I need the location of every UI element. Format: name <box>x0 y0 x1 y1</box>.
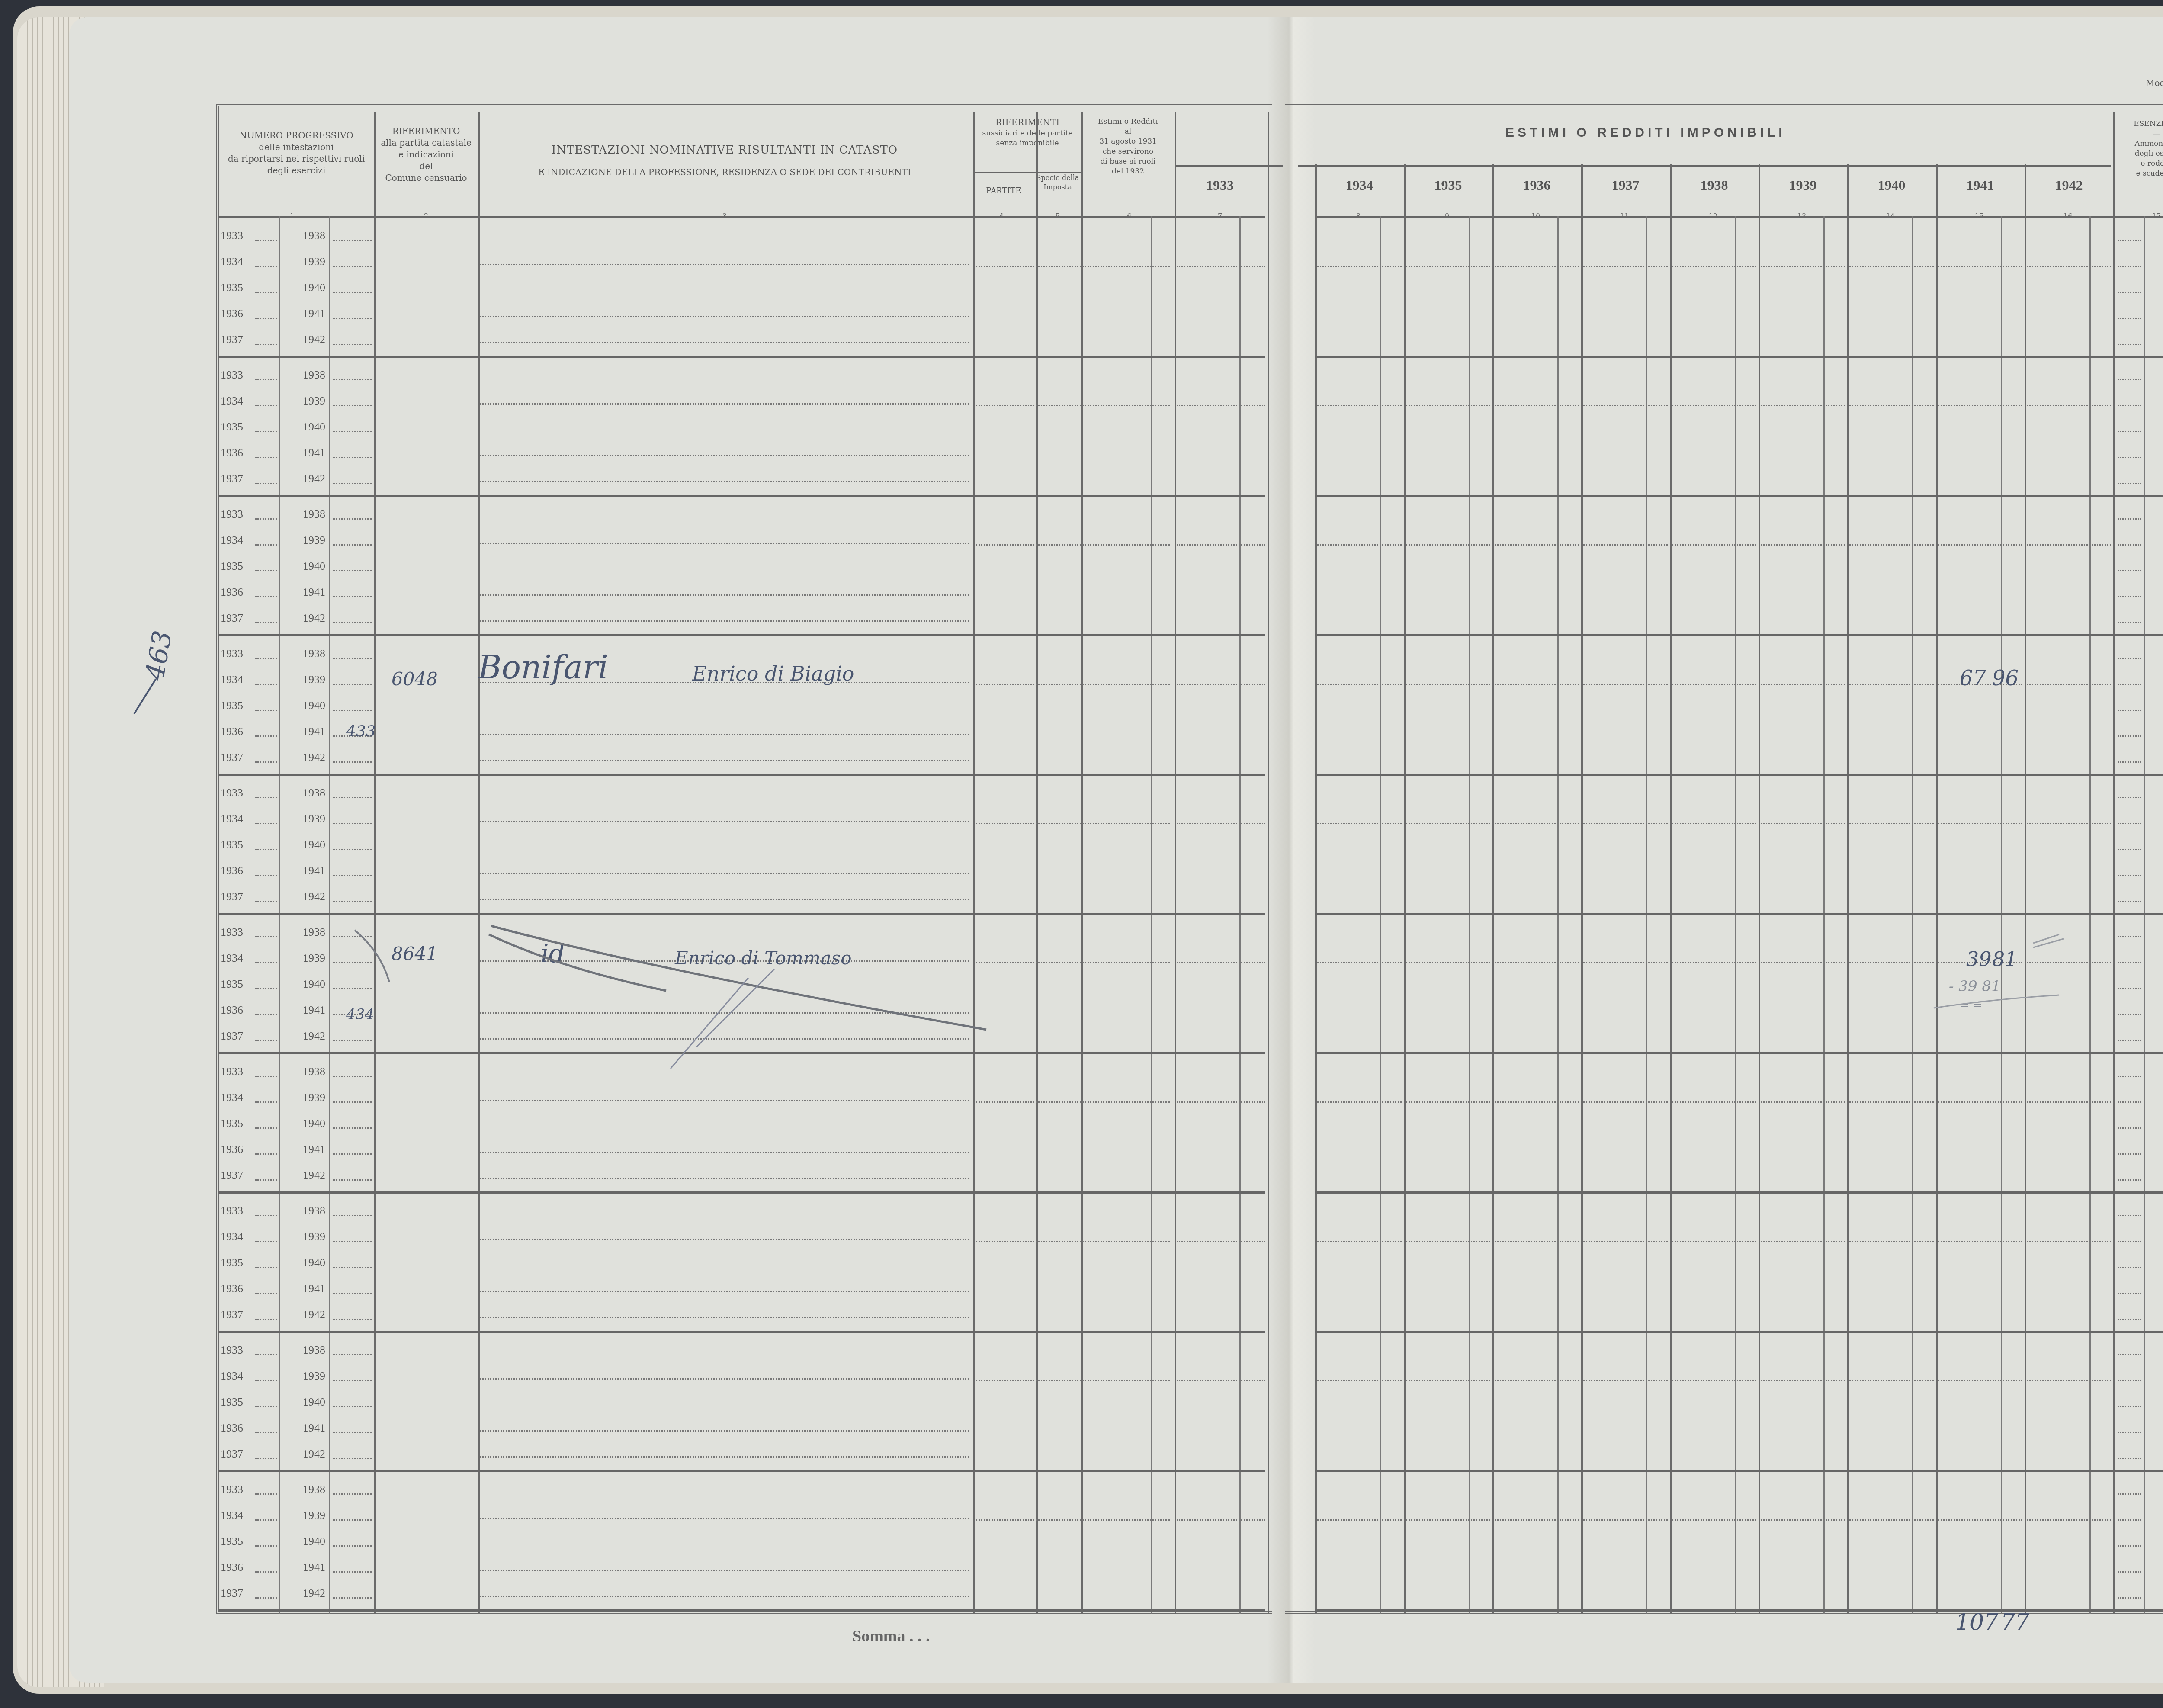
row-year-left: 1933 <box>221 1204 243 1217</box>
fill-line <box>255 240 277 241</box>
fill-line <box>2118 710 2141 711</box>
fill-line <box>2118 1519 2141 1521</box>
subcolumn-divider <box>1151 216 1152 1614</box>
fill-line <box>2027 1380 2111 1381</box>
fill-line <box>255 962 277 963</box>
fill-line <box>255 379 277 380</box>
row-year-left: 1933 <box>221 1065 243 1078</box>
estimi-group-title: ESTIMI O REDDITI IMPONIBILI <box>1505 125 1786 140</box>
fill-line <box>1849 1241 1934 1242</box>
entry-separator <box>218 1470 1265 1472</box>
fill-line <box>1495 1380 1579 1381</box>
row-year-right: 1941 <box>303 446 325 459</box>
column-divider <box>1847 164 1849 1614</box>
fill-line <box>2118 596 2141 597</box>
row-year-right: 1941 <box>303 1422 325 1435</box>
row-year-left: 1936 <box>221 725 243 738</box>
fill-line <box>1177 962 1265 963</box>
row-year-right: 1938 <box>303 508 325 521</box>
fill-line <box>255 544 277 546</box>
fill-line <box>255 457 277 458</box>
col2-header: RIFERIMENTO alla partita catastale e ind… <box>376 125 476 184</box>
fill-line <box>333 1076 372 1077</box>
fill-line <box>2118 457 2141 458</box>
fill-line <box>255 849 277 850</box>
column-divider <box>374 112 376 1614</box>
row-year-left: 1934 <box>221 812 243 825</box>
row-year-right: 1940 <box>303 838 325 851</box>
fill-line <box>333 596 372 597</box>
fill-line <box>2118 1215 2141 1216</box>
fill-line <box>976 962 1170 963</box>
fill-line <box>255 1076 277 1077</box>
fill-line <box>333 658 372 659</box>
cents-divider <box>1735 216 1736 1614</box>
fill-line <box>255 1519 277 1521</box>
col1-header: NUMERO PROGRESSIVO delle intestazioni da… <box>218 130 374 177</box>
row-year-left: 1937 <box>221 751 243 764</box>
entry-separator <box>218 634 1265 636</box>
fill-line <box>1761 684 1845 685</box>
fill-line <box>480 1291 969 1292</box>
row-year-left: 1933 <box>221 787 243 799</box>
fill-line <box>255 823 277 824</box>
row-year-left: 1937 <box>221 472 243 485</box>
fill-line <box>2118 1127 2141 1129</box>
fill-line <box>976 1380 1170 1381</box>
cents-divider <box>1557 216 1559 1614</box>
fill-line <box>1938 1519 2022 1521</box>
fill-line <box>1672 1380 1756 1381</box>
fill-line <box>1406 405 1490 406</box>
fill-line <box>1177 266 1265 267</box>
column-divider <box>1581 164 1583 1614</box>
column-divider <box>2025 164 2026 1614</box>
entry-separator <box>1315 1331 2163 1333</box>
fill-line <box>1177 823 1265 824</box>
fill-line <box>480 1518 969 1519</box>
row-year-left: 1936 <box>221 864 243 877</box>
partite-header: PARTITE <box>973 186 1034 196</box>
fill-line <box>1849 405 1934 406</box>
row-year-right: 1939 <box>303 1230 325 1243</box>
row-year-right: 1942 <box>303 1308 325 1321</box>
fill-line <box>333 344 372 345</box>
fill-line <box>1317 1519 1402 1521</box>
fill-line <box>1849 962 1934 963</box>
row-year-left: 1933 <box>221 369 243 382</box>
fill-line <box>480 734 969 735</box>
entry-separator <box>218 913 1265 915</box>
fill-line <box>1849 1519 1934 1521</box>
fill-line <box>333 962 372 963</box>
entry-separator <box>1315 1052 2163 1054</box>
fill-line <box>1938 1380 2022 1381</box>
fill-line <box>1583 405 1668 406</box>
fill-line <box>2118 1267 2141 1268</box>
fill-line <box>255 710 277 711</box>
fill-line <box>333 1458 372 1459</box>
entry-surname: id <box>541 939 565 968</box>
fill-line <box>333 1319 372 1320</box>
row-year-left: 1933 <box>221 229 243 242</box>
row-year-left: 1935 <box>221 838 243 851</box>
fill-line <box>255 570 277 571</box>
entry-given-name: Enrico di Biagio <box>692 662 854 685</box>
fill-line <box>1583 962 1668 963</box>
fill-line <box>333 1101 372 1103</box>
year-header-1941: 1941 <box>1936 177 2025 193</box>
fill-line <box>1317 544 1402 546</box>
row-year-left: 1937 <box>221 333 243 346</box>
fill-line <box>1583 823 1668 824</box>
fill-line <box>1317 962 1402 963</box>
fill-line <box>1177 1380 1265 1381</box>
row-year-right: 1940 <box>303 1396 325 1409</box>
fill-line <box>255 1215 277 1216</box>
fill-line <box>255 735 277 737</box>
fill-line <box>480 1456 969 1458</box>
row-year-right: 1942 <box>303 1030 325 1043</box>
fill-line <box>2118 797 2141 798</box>
fill-line <box>333 1354 372 1355</box>
fill-line <box>1761 1241 1845 1242</box>
row-year-right: 1939 <box>303 673 325 686</box>
fill-line <box>255 658 277 659</box>
row-year-right: 1938 <box>303 229 325 242</box>
entry-1941-dec: 96 <box>1992 666 2019 690</box>
fill-line <box>255 1545 277 1547</box>
row-year-left: 1935 <box>221 281 243 294</box>
column-divider <box>1759 164 1760 1614</box>
fill-line <box>2118 344 2141 345</box>
row-year-left: 1937 <box>221 1448 243 1461</box>
row-year-right: 1938 <box>303 1204 325 1217</box>
fill-line <box>1849 1101 1934 1103</box>
row-year-right: 1939 <box>303 812 325 825</box>
fill-line <box>1406 962 1490 963</box>
row-year-left: 1937 <box>221 612 243 625</box>
fill-line <box>333 1571 372 1573</box>
fill-line <box>333 1241 372 1242</box>
fill-line <box>333 936 372 937</box>
fill-line <box>2118 684 2141 685</box>
fill-line <box>2027 266 2111 267</box>
header-rule-right <box>1315 216 2163 218</box>
year-header-1940: 1940 <box>1847 177 1936 193</box>
fill-line <box>1495 405 1579 406</box>
fill-line <box>255 1380 277 1381</box>
column-divider <box>279 216 280 1614</box>
fill-line <box>333 1267 372 1268</box>
year-header-1939: 1939 <box>1759 177 1847 193</box>
row-year-right: 1938 <box>303 647 325 660</box>
row-year-right: 1940 <box>303 978 325 991</box>
fill-line <box>2118 1597 2141 1599</box>
fill-line <box>1406 823 1490 824</box>
fill-line <box>333 1406 372 1407</box>
row-year-right: 1941 <box>303 586 325 599</box>
fill-line <box>480 873 969 874</box>
fill-line <box>1761 405 1845 406</box>
row-year-right: 1938 <box>303 1344 325 1357</box>
row-year-right: 1939 <box>303 1509 325 1522</box>
fill-line <box>480 1012 969 1014</box>
fill-line <box>2118 518 2141 520</box>
fill-line <box>255 1241 277 1242</box>
fill-line <box>1672 544 1756 546</box>
fill-line <box>1406 1101 1490 1103</box>
fill-line <box>255 1153 277 1155</box>
row-year-left: 1933 <box>221 1344 243 1357</box>
fill-line <box>1406 1241 1490 1242</box>
right-table-frame <box>1285 104 2163 1614</box>
fill-line <box>333 405 372 406</box>
fill-line <box>255 1493 277 1495</box>
fill-line <box>333 988 372 989</box>
entry-tag-1941: 433 <box>346 722 376 740</box>
fill-line <box>2118 1319 2141 1320</box>
row-year-right: 1942 <box>303 1169 325 1182</box>
column-divider <box>478 112 480 1614</box>
fill-line <box>333 1380 372 1381</box>
fill-line <box>1761 1519 1845 1521</box>
fill-line <box>1406 544 1490 546</box>
cents-divider <box>2089 216 2091 1614</box>
fill-line <box>1672 1241 1756 1242</box>
fill-line <box>1672 684 1756 685</box>
fill-line <box>1317 1101 1402 1103</box>
fill-line <box>255 1597 277 1599</box>
form-id: Mod. 111 - Imposte Dirette (Intercalare)… <box>2146 78 2163 88</box>
fill-line <box>1406 684 1490 685</box>
fill-line <box>333 483 372 484</box>
fill-line <box>1672 1101 1756 1103</box>
column-divider <box>1936 164 1938 1614</box>
fill-line <box>255 901 277 902</box>
fill-line <box>1495 1101 1579 1103</box>
fill-line <box>2118 483 2141 484</box>
fill-line <box>480 1100 969 1101</box>
year-header-1936: 1936 <box>1492 177 1581 193</box>
fill-line <box>333 570 372 571</box>
fill-line <box>1583 544 1668 546</box>
row-year-left: 1937 <box>221 1587 243 1600</box>
fill-line <box>1495 823 1579 824</box>
header-subrule <box>1175 165 1283 167</box>
fill-line <box>333 849 372 850</box>
column-divider <box>1404 164 1406 1614</box>
fill-line <box>333 318 372 319</box>
fill-line <box>255 1127 277 1129</box>
fill-line <box>1761 266 1845 267</box>
fill-line <box>333 1127 372 1129</box>
entry-partita: 8641 <box>392 943 438 964</box>
fill-line <box>255 344 277 345</box>
fill-line <box>1495 1241 1579 1242</box>
fill-line <box>255 1458 277 1459</box>
fill-line <box>1495 1519 1579 1521</box>
fill-line <box>976 1519 1170 1521</box>
cents-divider <box>2001 216 2002 1614</box>
somma-label: Somma . . . <box>852 1627 930 1646</box>
entry-separator <box>1315 913 2163 915</box>
fill-line <box>255 518 277 520</box>
fill-line <box>480 1570 969 1571</box>
fill-line <box>1177 1241 1265 1242</box>
row-year-left: 1935 <box>221 1256 243 1269</box>
fill-line <box>333 1432 372 1433</box>
cents-divider <box>1823 216 1825 1614</box>
fill-line <box>255 797 277 798</box>
fill-line <box>1406 1519 1490 1521</box>
fill-line <box>2118 1571 2141 1573</box>
fill-line <box>480 1152 969 1153</box>
fill-line <box>1317 1380 1402 1381</box>
fill-line <box>255 596 277 597</box>
fill-line <box>333 1597 372 1599</box>
fill-line <box>1672 266 1756 267</box>
fill-line <box>2118 1293 2141 1294</box>
row-year-left: 1934 <box>221 1091 243 1104</box>
fill-line <box>333 797 372 798</box>
fill-line <box>255 266 277 267</box>
fill-line <box>2118 1014 2141 1015</box>
fill-line <box>1317 823 1402 824</box>
fill-line <box>255 1319 277 1320</box>
fill-line <box>480 1430 969 1432</box>
fill-line <box>1672 962 1756 963</box>
fill-line <box>480 316 969 317</box>
row-year-left: 1934 <box>221 255 243 268</box>
entry-separator <box>1315 356 2163 358</box>
fill-line <box>255 1406 277 1407</box>
row-year-right: 1939 <box>303 952 325 965</box>
fill-line <box>2027 405 2111 406</box>
fill-line <box>2118 988 2141 989</box>
row-year-right: 1939 <box>303 1091 325 1104</box>
entry-separator <box>218 1331 1265 1333</box>
entry-separator <box>218 356 1265 358</box>
entry-separator <box>1315 1470 2163 1472</box>
row-year-left: 1933 <box>221 1483 243 1496</box>
fill-line <box>1761 544 1845 546</box>
fill-line <box>1317 684 1402 685</box>
fill-line <box>2118 1354 2141 1355</box>
row-year-left: 1934 <box>221 952 243 965</box>
fill-line <box>480 821 969 822</box>
entry-tag-1941: 434 <box>346 1006 374 1023</box>
col7-year-1933: 1933 <box>1175 177 1265 193</box>
fill-line <box>333 875 372 876</box>
fill-line <box>333 684 372 685</box>
fill-line <box>255 875 277 876</box>
row-year-left: 1934 <box>221 673 243 686</box>
fill-line <box>2118 379 2141 380</box>
row-year-right: 1941 <box>303 1143 325 1156</box>
fill-line <box>480 1596 969 1597</box>
fill-line <box>1761 823 1845 824</box>
row-year-left: 1936 <box>221 1143 243 1156</box>
column-divider <box>1670 164 1672 1614</box>
entry-separator <box>218 1191 1265 1194</box>
fill-line <box>255 292 277 293</box>
entry-separator <box>1315 774 2163 776</box>
entry-separator <box>1315 495 2163 497</box>
entry-1941-dec: 81 <box>1992 947 2018 971</box>
col4-5-header: RIFERIMENTI sussidiari e delle partite s… <box>973 117 1081 148</box>
fill-line <box>2118 1458 2141 1459</box>
fill-line <box>255 1040 277 1041</box>
row-year-left: 1935 <box>221 978 243 991</box>
fill-line <box>2118 1101 2141 1103</box>
entry-separator <box>218 1052 1265 1054</box>
row-year-right: 1938 <box>303 369 325 382</box>
column-divider <box>1315 164 1317 1614</box>
fill-line <box>2118 1545 2141 1547</box>
cents-divider <box>1469 216 1470 1614</box>
row-year-left: 1934 <box>221 395 243 408</box>
column-divider <box>973 112 975 1614</box>
fill-line <box>333 1215 372 1216</box>
fill-line <box>2118 1241 2141 1242</box>
fill-line <box>1849 684 1934 685</box>
year-header-1942: 1942 <box>2025 177 2113 193</box>
fill-line <box>333 518 372 520</box>
entry-separator <box>218 774 1265 776</box>
header-subrule <box>1298 165 2111 167</box>
cents-divider <box>1646 216 1647 1614</box>
fill-line <box>1495 544 1579 546</box>
fill-line <box>255 684 277 685</box>
fill-line <box>2118 735 2141 737</box>
row-year-right: 1942 <box>303 612 325 625</box>
fill-line <box>480 1178 969 1179</box>
fill-line <box>1495 266 1579 267</box>
fill-line <box>1317 405 1402 406</box>
column-divider <box>1492 164 1494 1614</box>
fill-line <box>1938 1241 2022 1242</box>
fill-line <box>976 823 1170 824</box>
fill-line <box>2027 544 2111 546</box>
fill-line <box>480 1239 969 1240</box>
row-year-right: 1939 <box>303 1370 325 1383</box>
row-year-right: 1938 <box>303 926 325 939</box>
fill-line <box>1849 544 1934 546</box>
fill-line <box>480 760 969 761</box>
row-year-left: 1936 <box>221 1282 243 1295</box>
row-year-right: 1941 <box>303 1561 325 1574</box>
header-subrule <box>973 172 1081 173</box>
fill-line <box>2118 570 2141 571</box>
somma-1941-int: 107 <box>1955 1609 1998 1635</box>
fill-line <box>2118 1179 2141 1181</box>
fill-line <box>976 1241 1170 1242</box>
row-year-left: 1937 <box>221 1030 243 1043</box>
entry-separator <box>218 495 1265 497</box>
specie-imposta-header: Specie della Imposta <box>1036 173 1079 192</box>
fill-line <box>1495 962 1579 963</box>
fill-line <box>2027 823 2111 824</box>
fill-line <box>255 1179 277 1181</box>
row-year-right: 1941 <box>303 725 325 738</box>
fill-line <box>1406 1380 1490 1381</box>
fill-line <box>333 240 372 241</box>
subcolumn-divider <box>1239 216 1241 1614</box>
fill-line <box>2118 1040 2141 1041</box>
row-year-right: 1938 <box>303 1483 325 1496</box>
fill-line <box>1317 1241 1402 1242</box>
